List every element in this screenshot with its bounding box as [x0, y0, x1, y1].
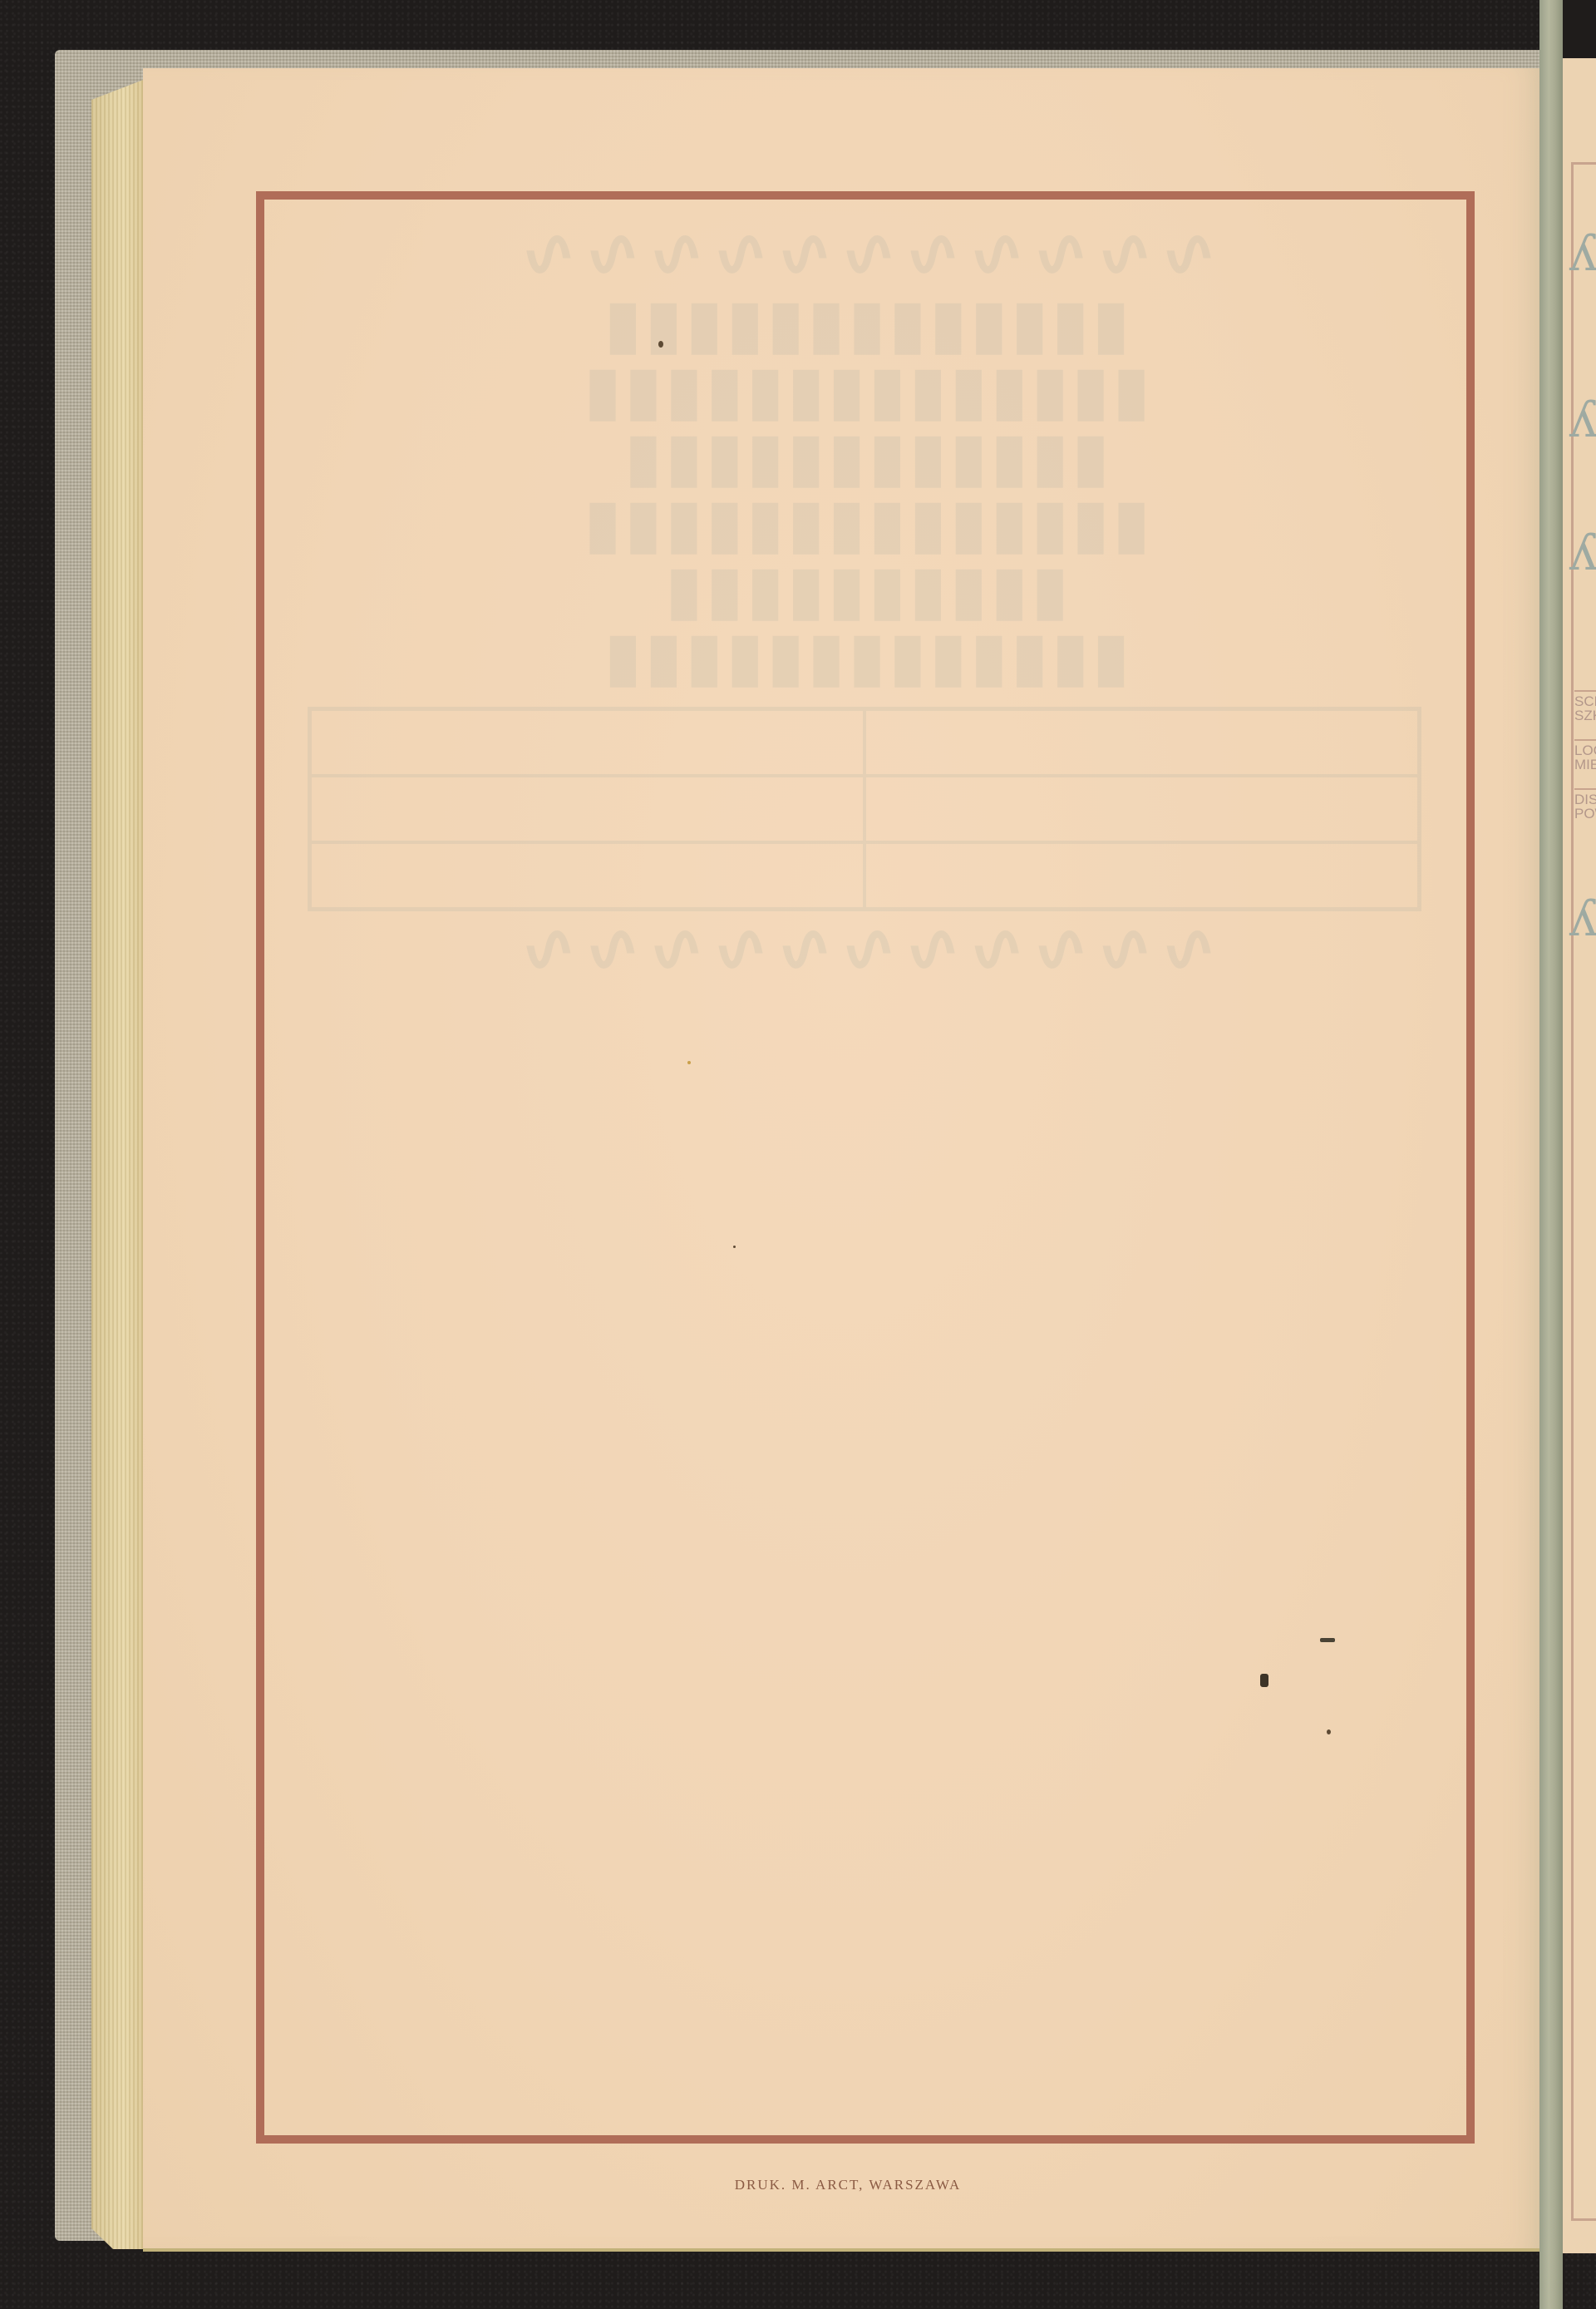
book-gutter: [1539, 0, 1563, 2309]
decorative-page-frame: [256, 191, 1475, 2144]
paper-speck: [1327, 1729, 1331, 1734]
partial-word-block: DIST POW: [1574, 788, 1596, 826]
next-page-ornament: ʎ: [1569, 890, 1596, 948]
printer-imprint: DRUK. M. ARCT, WARSZAWA: [0, 2177, 1596, 2193]
paper-speck: [1260, 1674, 1268, 1687]
next-page-ornament: ʎ: [1569, 391, 1596, 449]
next-page-ornament: ʎ: [1569, 224, 1596, 283]
partial-word-block: LOC MIE: [1574, 739, 1596, 777]
paper-speck: [658, 341, 663, 348]
next-page-partial-words: SCH SZKO LOC MIE DIST POW: [1574, 690, 1596, 837]
next-page-sliver: ʎ ʎ ʎ SCH SZKO LOC MIE DIST POW ʎ: [1563, 58, 1596, 2253]
partial-word-block: SCH SZKO: [1574, 690, 1596, 728]
paper-speck: [687, 1061, 691, 1064]
paper-speck: [1320, 1638, 1335, 1642]
paper-speck: [733, 1246, 736, 1248]
next-page-ornament: ʎ: [1569, 524, 1596, 582]
next-page-frame: [1571, 162, 1596, 2221]
page-fore-edge: [91, 79, 145, 2249]
page-bottom-edge: [143, 2248, 1548, 2252]
